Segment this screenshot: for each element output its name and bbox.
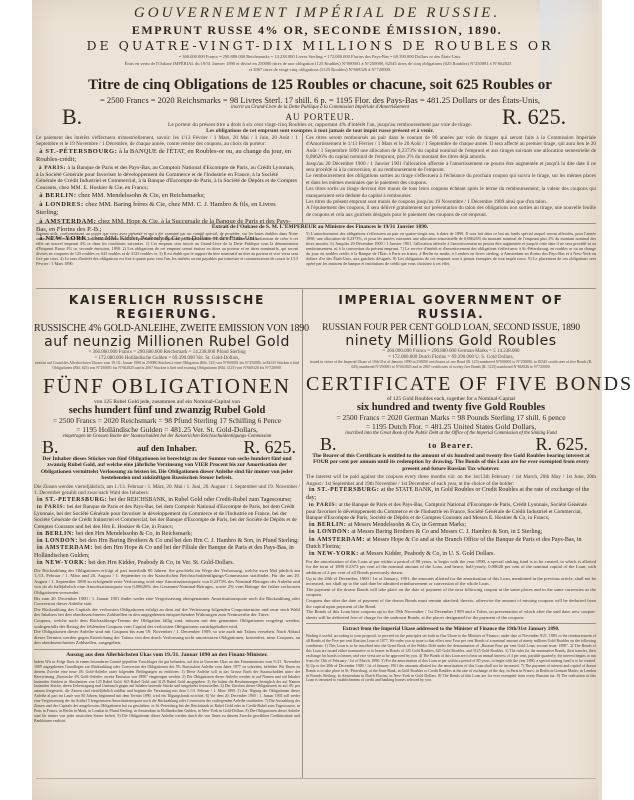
english-redemption-para: For the amortisation of this Loan at par…	[306, 559, 596, 576]
english-place-london: in LONDON: at Messrs Baring Brothers & C…	[306, 529, 596, 536]
french-issue-line-2: et 2067 titres de vingt-cinq obligations…	[40, 67, 600, 73]
french-extract-heading: Extrait de l'Oukase de S. M. L'EMPEREUR …	[40, 224, 600, 230]
french-redemption-para: Ces titres seront remboursés au pair dan…	[306, 135, 596, 161]
french-extract-left: Jugeant utile, conformément au projet qu…	[36, 231, 298, 286]
french-place-stpetersburg: à ST.-PÉTERSBOURG: à la BANQUE de l'ÉTAT…	[36, 148, 298, 165]
german-place-london: in LONDON: bei den Hrn Baring Brothers &…	[34, 538, 300, 545]
german-extract-rule	[34, 649, 300, 650]
french-redemption-para: Jusqu'au 20 Décembre 1900 / 1 Janvier 19…	[306, 161, 596, 174]
german-value-1: = 2500 Francs = 2020 Reichsmark = 98 Pfu…	[34, 416, 300, 425]
english-issue-text: issued in virtue of the Imperial Ukase o…	[306, 360, 596, 370]
english-place-berlin: in BERLIN: at Messrs Mendelssohn & Co, i…	[306, 522, 596, 529]
english-interest-text: The interest will be paid against the co…	[306, 474, 596, 487]
german-place-newyork: in NEW-YORK: bei den Hrn Kidder, Peabody…	[34, 560, 300, 567]
english-denomination: R. 625.	[535, 434, 588, 455]
english-section: IMPERIAL GOVERNMENT OF RUSSIA. RUSSIAN F…	[306, 293, 596, 738]
german-issue-text: emittirt auf Grund des Allerhöchsten Uka…	[34, 361, 300, 371]
bottom-rule	[36, 778, 596, 779]
english-extract-rule	[306, 623, 596, 624]
english-value-1: = 2500 Francs = 2020 German Marks = 98 P…	[306, 413, 596, 422]
section-rule	[36, 288, 596, 289]
english-extract-heading: Extract from the Imperial Ukase addresse…	[306, 626, 596, 632]
german-value-2: = 1195 Holländische Gulden = 481.25 Ver.…	[34, 425, 300, 434]
english-sum-words: six hundred and twenty five Gold Roubles	[306, 402, 596, 413]
english-redemption-para: Up to the 20th of December, 1900 / 1st o…	[306, 576, 596, 587]
french-loan-title: EMPRUNT RUSSE 4% OR, SECONDE ÉMISSION, 1…	[0, 23, 634, 38]
german-extract-heading: Auszug aus dem Allerhöchsten Ukas vom 19…	[34, 652, 300, 658]
french-bearer-text-2: Les obligations de cet emprunt sont exem…	[40, 128, 600, 135]
english-bearer-text: The Bearer of this Certificate is entitl…	[306, 453, 596, 473]
french-heading: GOUVERNEMENT IMPÉRIAL DE RUSSIE.	[0, 5, 634, 22]
english-place-paris: in PARIS: at the Banque de Paris et des …	[306, 502, 596, 522]
french-payment-intro: Le paiement des intérêts s'effectuera tr…	[36, 135, 298, 148]
french-loan-amount: DE QUATRE-VINGT-DIX MILLIONS DE ROUBLES …	[40, 38, 600, 53]
german-amount: auf neunzig Millionen Rubel Gold	[34, 334, 300, 350]
french-redemption-para: A l'épuisement des coupons, il sera déli…	[306, 205, 596, 218]
french-place-paris: à PARIS: à la Banque de Paris et des Pay…	[36, 165, 298, 192]
english-amount: ninety Millions Gold Roubles	[306, 333, 596, 349]
english-heading: IMPERIAL GOVERNMENT OF RUSSIA.	[306, 293, 596, 321]
english-place-amsterdam: in AMSTERDAM: at Messrs Hope & Co and at…	[306, 537, 596, 552]
english-place-newyork: in NEW-YORK: at Messrs Kidder, Peabody &…	[306, 551, 596, 558]
german-redemption-para: Bis zum 20. December 1900 / 1. Januar 19…	[34, 596, 300, 607]
english-certificate-title: CERTIFICATE OF FIVE BONDS	[306, 373, 596, 396]
german-denomination: R. 625.	[243, 437, 296, 458]
english-series-letter: B.	[320, 434, 337, 455]
german-place-stpetersburg: in ST.-PETERSBURG: bei der REICHSBANK, i…	[34, 497, 300, 504]
column-divider-main	[302, 288, 303, 778]
german-certificate-title: FÜNF OBLIGATIONEN	[34, 374, 300, 399]
english-redemption-para: The payment of the drawn Bonds will take…	[306, 587, 596, 598]
french-equivalents: = 360.000.000 Francs = 290.880.000 Reich…	[40, 54, 600, 60]
german-place-berlin: in BERLIN: bei den Hrn Mendelssohn & Co,…	[34, 531, 300, 538]
german-heading: KAISERLICH RUSSISCHE REGIERUNG.	[34, 293, 300, 321]
english-redemption-para: Coupons due after the date of payment of…	[306, 598, 596, 609]
english-loan-title: RUSSIAN FOUR PER CENT GOLD LOAN, SECOND …	[306, 323, 596, 333]
french-redemption-section: Ces titres seront remboursés au pair dan…	[306, 135, 596, 218]
german-sum-words: sechs hundert fünf und zwanzig Rubel Gol…	[34, 405, 300, 416]
german-redemption-para: Die Rückzahlung der Obligationen erfolgt…	[34, 568, 300, 596]
german-place-paris: in PARIS: bei der Banque de Paris et des…	[34, 504, 300, 530]
english-value-2: = 1195 Dutch Flor. = 481.25 United State…	[306, 422, 596, 431]
german-extract-body: Indem Wir in Folge Ihres in einem besond…	[34, 660, 300, 764]
french-bearer-label: AU PORTEUR.	[40, 112, 600, 122]
french-issue-line-1: Émis en vertu de l'Oukase IMPÉRIAL du 19…	[34, 61, 602, 67]
german-series-letter: B.	[42, 437, 59, 458]
german-redemption-para: Coupons, welche nach dem Rückzahlungs-Te…	[34, 618, 300, 629]
german-interest-text: Die Zinsen werden vierteljährlich, am 1.…	[34, 484, 300, 497]
french-extract-right: 5) L'amortissement des obligations s'eff…	[306, 231, 596, 286]
german-redemption-para: Die Obligationen dieser Anleihe sind mit…	[34, 629, 300, 646]
german-loan-title: RUSSISCHE 4% GOLD-ANLEIHE, ZWEITE EMISSI…	[34, 323, 300, 334]
english-extract-body: Finding it useful, according to your pro…	[306, 634, 596, 738]
french-redemption-para: Le remboursement des obligations sorties…	[306, 173, 596, 186]
german-redemption-para: Die Rückzahlung des Capitals der verloos…	[34, 607, 300, 618]
english-place-stpetersburg: in ST.-PETERSBURG: at the STATE BANK, in…	[306, 487, 596, 502]
column-divider-top	[302, 133, 303, 225]
french-place-berlin: à BERLIN: chez MM. Mendelssohn & Cie, en…	[36, 192, 298, 201]
german-place-amsterdam: in AMSTERDAM: bei den Hrn Hope & Co und …	[34, 545, 300, 560]
english-redemption-para: The Bonds of this Loan bear coupons up t…	[306, 609, 596, 620]
french-redemption-para: Les titres sortis au tirage devront être…	[306, 186, 596, 199]
german-section: KAISERLICH RUSSISCHE REGIERUNG. RUSSISCH…	[34, 293, 300, 764]
french-certificate-title: Titre de cinq Obligations de 125 Roubles…	[40, 77, 600, 94]
french-place-london: à LONDRES: chez MM. Baring frères & Cie,…	[36, 201, 298, 218]
german-bearer-text: Der Inhaber dieses Stückes von fünf Obli…	[34, 456, 300, 482]
